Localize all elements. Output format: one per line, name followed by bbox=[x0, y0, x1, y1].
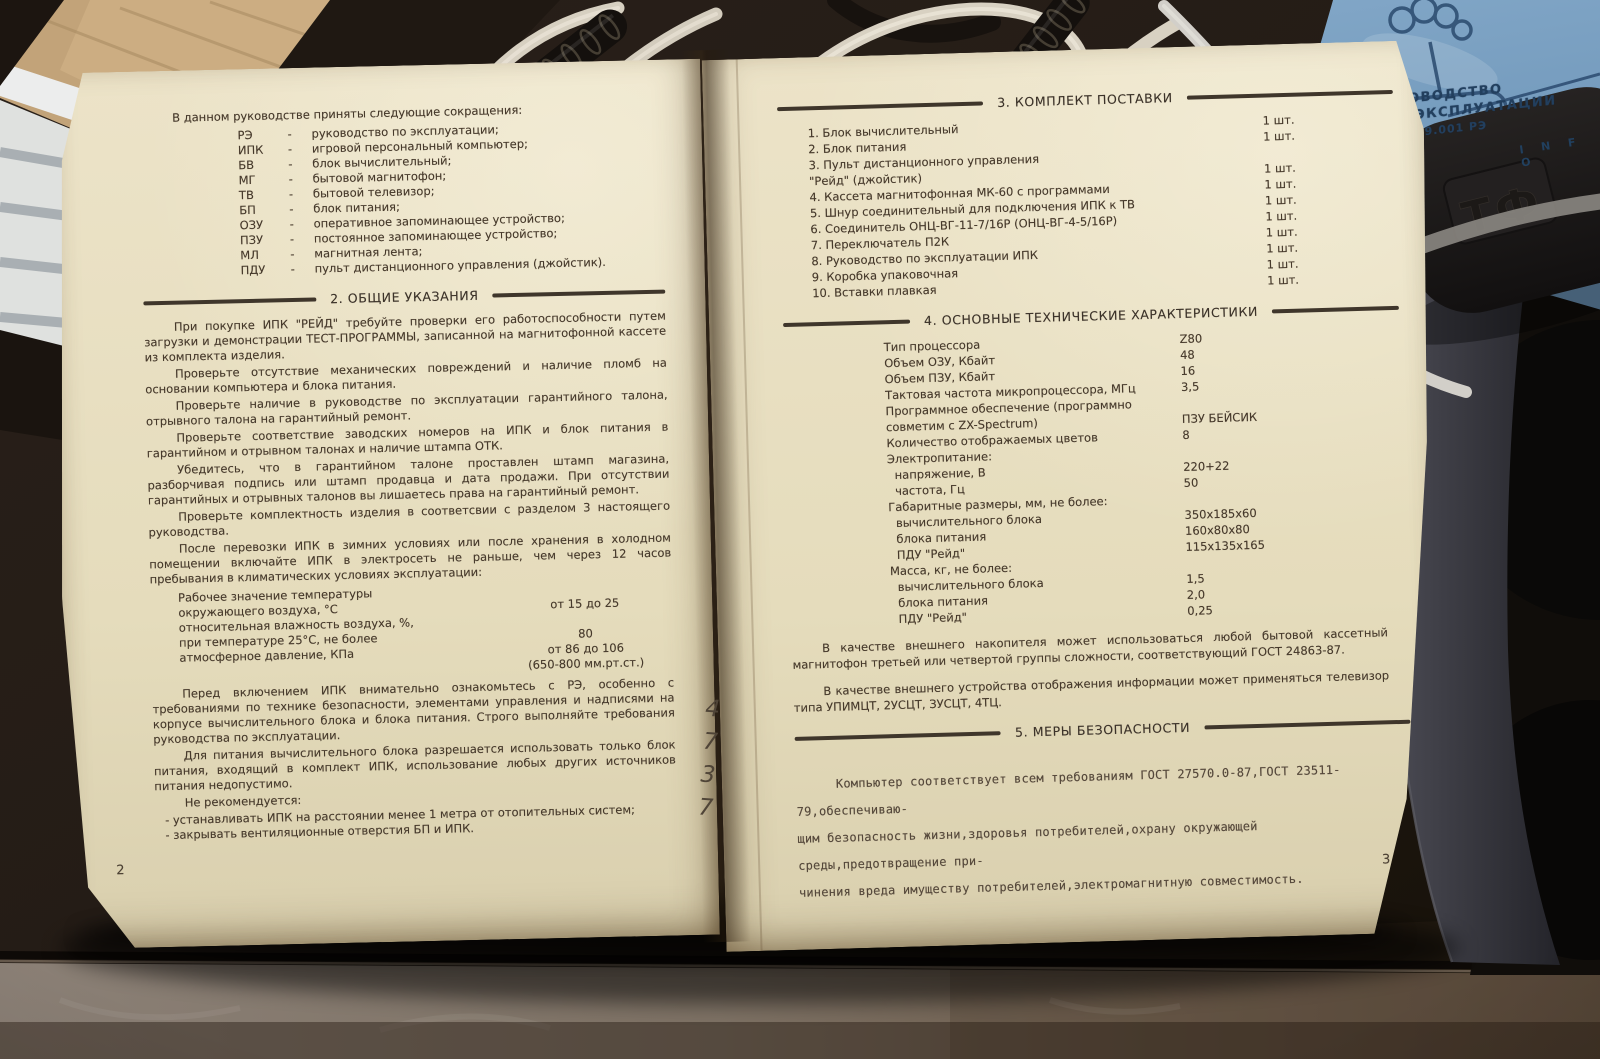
abbreviation-key: МГ bbox=[238, 172, 288, 188]
abbreviation-definition: бытовой телевизор; bbox=[313, 184, 435, 202]
photo-scene: ТФ bbox=[0, 0, 1600, 1059]
paragraph: После перевозки ИПК в зимних условиях ил… bbox=[149, 531, 672, 588]
heading-rule-left bbox=[795, 731, 1001, 741]
section-5-heading: 5. МЕРЫ БЕЗОПАСНОСТИ bbox=[794, 714, 1410, 746]
heading-rule-right bbox=[1204, 719, 1410, 729]
climate-value: от 86 до 106 (650-800 мм.рт.ст.) bbox=[498, 639, 674, 673]
abbreviation-dash: - bbox=[290, 262, 314, 278]
heading-rule-left bbox=[777, 101, 983, 111]
supply-item-quantity: 1 шт. bbox=[1219, 126, 1339, 145]
section-5-body: Компьютер соответствует всем требованиям… bbox=[796, 755, 1416, 907]
abbreviation-key: БВ bbox=[238, 157, 288, 173]
abbreviation-key: ПЗУ bbox=[240, 232, 290, 248]
climate-value bbox=[497, 580, 672, 584]
paragraph: В качестве внешнего накопителя может исп… bbox=[792, 625, 1389, 673]
heading-rule-left bbox=[143, 297, 316, 305]
climate-conditions-list: Рабочее значение температуры окружающего… bbox=[150, 580, 674, 682]
section-2-title: 2. ОБЩИЕ УКАЗАНИЯ bbox=[330, 288, 479, 306]
section-3-title: 3. КОМПЛЕКТ ПОСТАВКИ bbox=[997, 90, 1173, 110]
page-number-left: 2 bbox=[116, 863, 125, 878]
paragraph: В качестве внешнего устройства отображен… bbox=[793, 668, 1390, 716]
heading-rule-right bbox=[1187, 89, 1393, 99]
abbreviation-key: БП bbox=[239, 202, 289, 218]
section-4-paragraphs: В качестве внешнего накопителя может исп… bbox=[792, 625, 1410, 716]
section-4-title: 4. ОСНОВНЫЕ ТЕХНИЧЕСКИЕ ХАРАКТЕРИСТИКИ bbox=[924, 304, 1258, 328]
abbreviation-dash: - bbox=[288, 172, 312, 188]
heading-rule-left bbox=[783, 319, 910, 327]
paragraph: Перед включением ИПК внимательно ознаком… bbox=[152, 675, 675, 747]
abbreviation-key: ПДУ bbox=[241, 262, 291, 278]
section-2-heading: 2. ОБЩИЕ УКАЗАНИЯ bbox=[143, 284, 665, 311]
abbreviation-dash: - bbox=[290, 232, 314, 248]
abbreviation-dash: - bbox=[289, 217, 313, 233]
section-2-paragraphs: При покупке ИПК "РЕЙД" требуйте проверки… bbox=[144, 309, 672, 588]
abbreviation-dash: - bbox=[287, 127, 311, 143]
abbreviation-dash: - bbox=[288, 157, 312, 173]
abbreviation-key: ОЗУ bbox=[239, 217, 289, 233]
abbreviation-dash: - bbox=[288, 142, 312, 158]
abbreviation-key: ИПК bbox=[238, 142, 288, 158]
page-crease bbox=[736, 59, 763, 951]
abbreviation-dash: - bbox=[289, 187, 313, 203]
abbreviation-dash: - bbox=[289, 202, 313, 218]
section-5-title: 5. МЕРЫ БЕЗОПАСНОСТИ bbox=[1015, 720, 1190, 740]
heading-rule-right bbox=[492, 289, 665, 297]
heading-rule-right bbox=[1272, 305, 1399, 313]
right-page: 3. КОМПЛЕКТ ПОСТАВКИ 1. Блок вычислитель… bbox=[702, 40, 1447, 952]
specs-list: Тип процессора Z80 Объем ОЗУ, Кбайт 48 О… bbox=[884, 326, 1353, 627]
left-page: В данном руководстве приняты следующие с… bbox=[50, 59, 720, 950]
abbreviation-key: ТВ bbox=[239, 187, 289, 203]
spec-value: 0,25 bbox=[1187, 598, 1352, 619]
abbreviations-list: РЭ - руководство по эксплуатации; ИПК - … bbox=[139, 119, 664, 281]
supply-list: 1. Блок вычислительный 1 шт. 2. Блок пит… bbox=[808, 110, 1344, 301]
section-2-paragraphs-continued: Перед включением ИПК внимательно ознаком… bbox=[152, 675, 677, 811]
abbreviation-key: РЭ bbox=[237, 127, 287, 143]
abbreviation-key: МЛ bbox=[240, 247, 290, 263]
supply-item-quantity: 1 шт. bbox=[1223, 270, 1343, 289]
abbreviation-dash: - bbox=[290, 247, 314, 263]
page-number-right: 3 bbox=[1382, 852, 1391, 867]
